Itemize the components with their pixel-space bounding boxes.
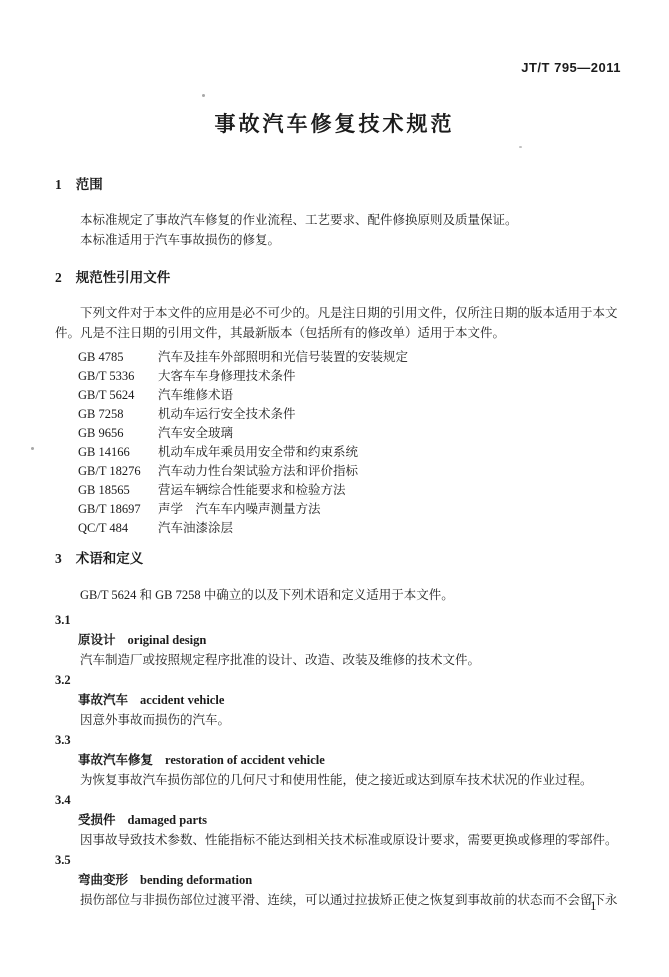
reference-title: 汽车安全玻璃 <box>158 424 620 443</box>
term-number: 3.1 <box>55 610 620 630</box>
terms-list: 3.1 原设计original design 汽车制造厂或按照规定程序批准的设计… <box>55 610 620 910</box>
term-number: 3.2 <box>55 670 620 690</box>
section-2-number: 2 <box>55 270 62 285</box>
section-1-body: 本标准规定了事故汽车修复的作业流程、工艺要求、配件修换原则及质量保证。 本标准适… <box>55 210 620 250</box>
term-definition: 损伤部位与非损伤部位过渡平滑、连续，可以通过拉拔矫正使之恢复到事故前的状态而不会… <box>55 890 620 910</box>
term-name: 事故汽车accident vehicle <box>55 690 620 710</box>
section-1-heading: 1范围 <box>55 175 620 195</box>
reference-code: GB/T 5624 <box>78 386 158 405</box>
term-en: restoration of accident vehicle <box>165 753 325 767</box>
document-page: JT/T 795—2011 事故汽车修复技术规范 1范围 本标准规定了事故汽车修… <box>0 0 669 977</box>
section-2-heading: 2规范性引用文件 <box>55 268 620 288</box>
term-number: 3.4 <box>55 790 620 810</box>
reference-title: 机动车运行安全技术条件 <box>158 405 620 424</box>
references-list: GB 4785汽车及挂车外部照明和光信号装置的安装规定 GB/T 5336大客车… <box>55 348 620 538</box>
references-intro-paragraph: 下列文件对于本文件的应用是必不可少的。凡是注日期的引用文件，仅所注日期的版本适用… <box>55 303 620 343</box>
term-definition: 汽车制造厂或按照规定程序批准的设计、改造、改装及维修的技术文件。 <box>55 650 620 670</box>
reference-title: 汽车及挂车外部照明和光信号装置的安装规定 <box>158 348 620 367</box>
section-3-intro: GB/T 5624 和 GB 7258 中确立的以及下列术语和定义适用于本文件。 <box>55 585 620 605</box>
reference-title: 汽车动力性台架试验方法和评价指标 <box>158 462 620 481</box>
term-zh: 事故汽车修复 <box>78 753 153 767</box>
reference-code: GB/T 18276 <box>78 462 158 481</box>
term-entry: 3.3 事故汽车修复restoration of accident vehicl… <box>55 730 620 790</box>
reference-title: 机动车成年乘员用安全带和约束系统 <box>158 443 620 462</box>
term-zh: 弯曲变形 <box>78 873 128 887</box>
reference-code: GB 4785 <box>78 348 158 367</box>
reference-code: QC/T 484 <box>78 519 158 538</box>
standard-code: JT/T 795—2011 <box>521 58 621 78</box>
term-entry: 3.4 受损件damaged parts 因事故导致技术参数、性能指标不能达到相… <box>55 790 620 850</box>
term-en: damaged parts <box>128 813 208 827</box>
section-3-label: 术语和定义 <box>76 551 144 566</box>
reference-code: GB 7258 <box>78 405 158 424</box>
term-definition: 因意外事故而损伤的汽车。 <box>55 710 620 730</box>
term-en: original design <box>128 633 207 647</box>
term-zh: 事故汽车 <box>78 693 128 707</box>
section-3-number: 3 <box>55 551 62 566</box>
reference-item: QC/T 484汽车油漆涂层 <box>55 519 620 538</box>
term-number: 3.3 <box>55 730 620 750</box>
reference-item: GB 18565营运车辆综合性能要求和检验方法 <box>55 481 620 500</box>
reference-code: GB/T 5336 <box>78 367 158 386</box>
scan-artifact <box>519 146 522 148</box>
section-2-label: 规范性引用文件 <box>76 270 171 285</box>
document-title: 事故汽车修复技术规范 <box>0 114 669 134</box>
reference-item: GB 4785汽车及挂车外部照明和光信号装置的安装规定 <box>55 348 620 367</box>
term-definition: 为恢复事故汽车损伤部位的几何尺寸和使用性能，使之接近或达到原车技术状况的作业过程… <box>55 770 620 790</box>
term-entry: 3.5 弯曲变形bending deformation 损伤部位与非损伤部位过渡… <box>55 850 620 910</box>
section-3-heading: 3术语和定义 <box>55 549 620 569</box>
reference-title: 营运车辆综合性能要求和检验方法 <box>158 481 620 500</box>
reference-item: GB 7258机动车运行安全技术条件 <box>55 405 620 424</box>
scan-artifact <box>31 447 34 450</box>
term-definition: 因事故导致技术参数、性能指标不能达到相关技术标准或原设计要求，需要更换或修理的零… <box>55 830 620 850</box>
reference-code: GB 9656 <box>78 424 158 443</box>
reference-item: GB/T 18697声学 汽车车内噪声测量方法 <box>55 500 620 519</box>
section-1-label: 范围 <box>76 177 103 192</box>
term-en: bending deformation <box>140 873 252 887</box>
section-1-number: 1 <box>55 177 62 192</box>
term-name: 原设计original design <box>55 630 620 650</box>
scan-artifact <box>202 94 205 97</box>
term-entry: 3.2 事故汽车accident vehicle 因意外事故而损伤的汽车。 <box>55 670 620 730</box>
reference-code: GB 14166 <box>78 443 158 462</box>
reference-code: GB/T 18697 <box>78 500 158 519</box>
reference-title: 声学 汽车车内噪声测量方法 <box>158 500 620 519</box>
term-name: 弯曲变形bending deformation <box>55 870 620 890</box>
scope-paragraph: 本标准规定了事故汽车修复的作业流程、工艺要求、配件修换原则及质量保证。 <box>55 210 620 230</box>
reference-title: 汽车油漆涂层 <box>158 519 620 538</box>
reference-title: 大客车车身修理技术条件 <box>158 367 620 386</box>
term-entry: 3.1 原设计original design 汽车制造厂或按照规定程序批准的设计… <box>55 610 620 670</box>
scope-paragraph: 本标准适用于汽车事故损伤的修复。 <box>55 230 620 250</box>
page-number: 1 <box>590 896 597 916</box>
term-name: 事故汽车修复restoration of accident vehicle <box>55 750 620 770</box>
reference-title: 汽车维修术语 <box>158 386 620 405</box>
reference-code: GB 18565 <box>78 481 158 500</box>
reference-item: GB/T 5336大客车车身修理技术条件 <box>55 367 620 386</box>
term-number: 3.5 <box>55 850 620 870</box>
term-zh: 原设计 <box>78 633 116 647</box>
term-en: accident vehicle <box>140 693 224 707</box>
reference-item: GB/T 18276汽车动力性台架试验方法和评价指标 <box>55 462 620 481</box>
reference-item: GB/T 5624汽车维修术语 <box>55 386 620 405</box>
term-zh: 受损件 <box>78 813 116 827</box>
reference-item: GB 14166机动车成年乘员用安全带和约束系统 <box>55 443 620 462</box>
section-2-intro: 下列文件对于本文件的应用是必不可少的。凡是注日期的引用文件，仅所注日期的版本适用… <box>55 303 620 343</box>
reference-item: GB 9656汽车安全玻璃 <box>55 424 620 443</box>
terms-intro-paragraph: GB/T 5624 和 GB 7258 中确立的以及下列术语和定义适用于本文件。 <box>55 585 620 605</box>
term-name: 受损件damaged parts <box>55 810 620 830</box>
